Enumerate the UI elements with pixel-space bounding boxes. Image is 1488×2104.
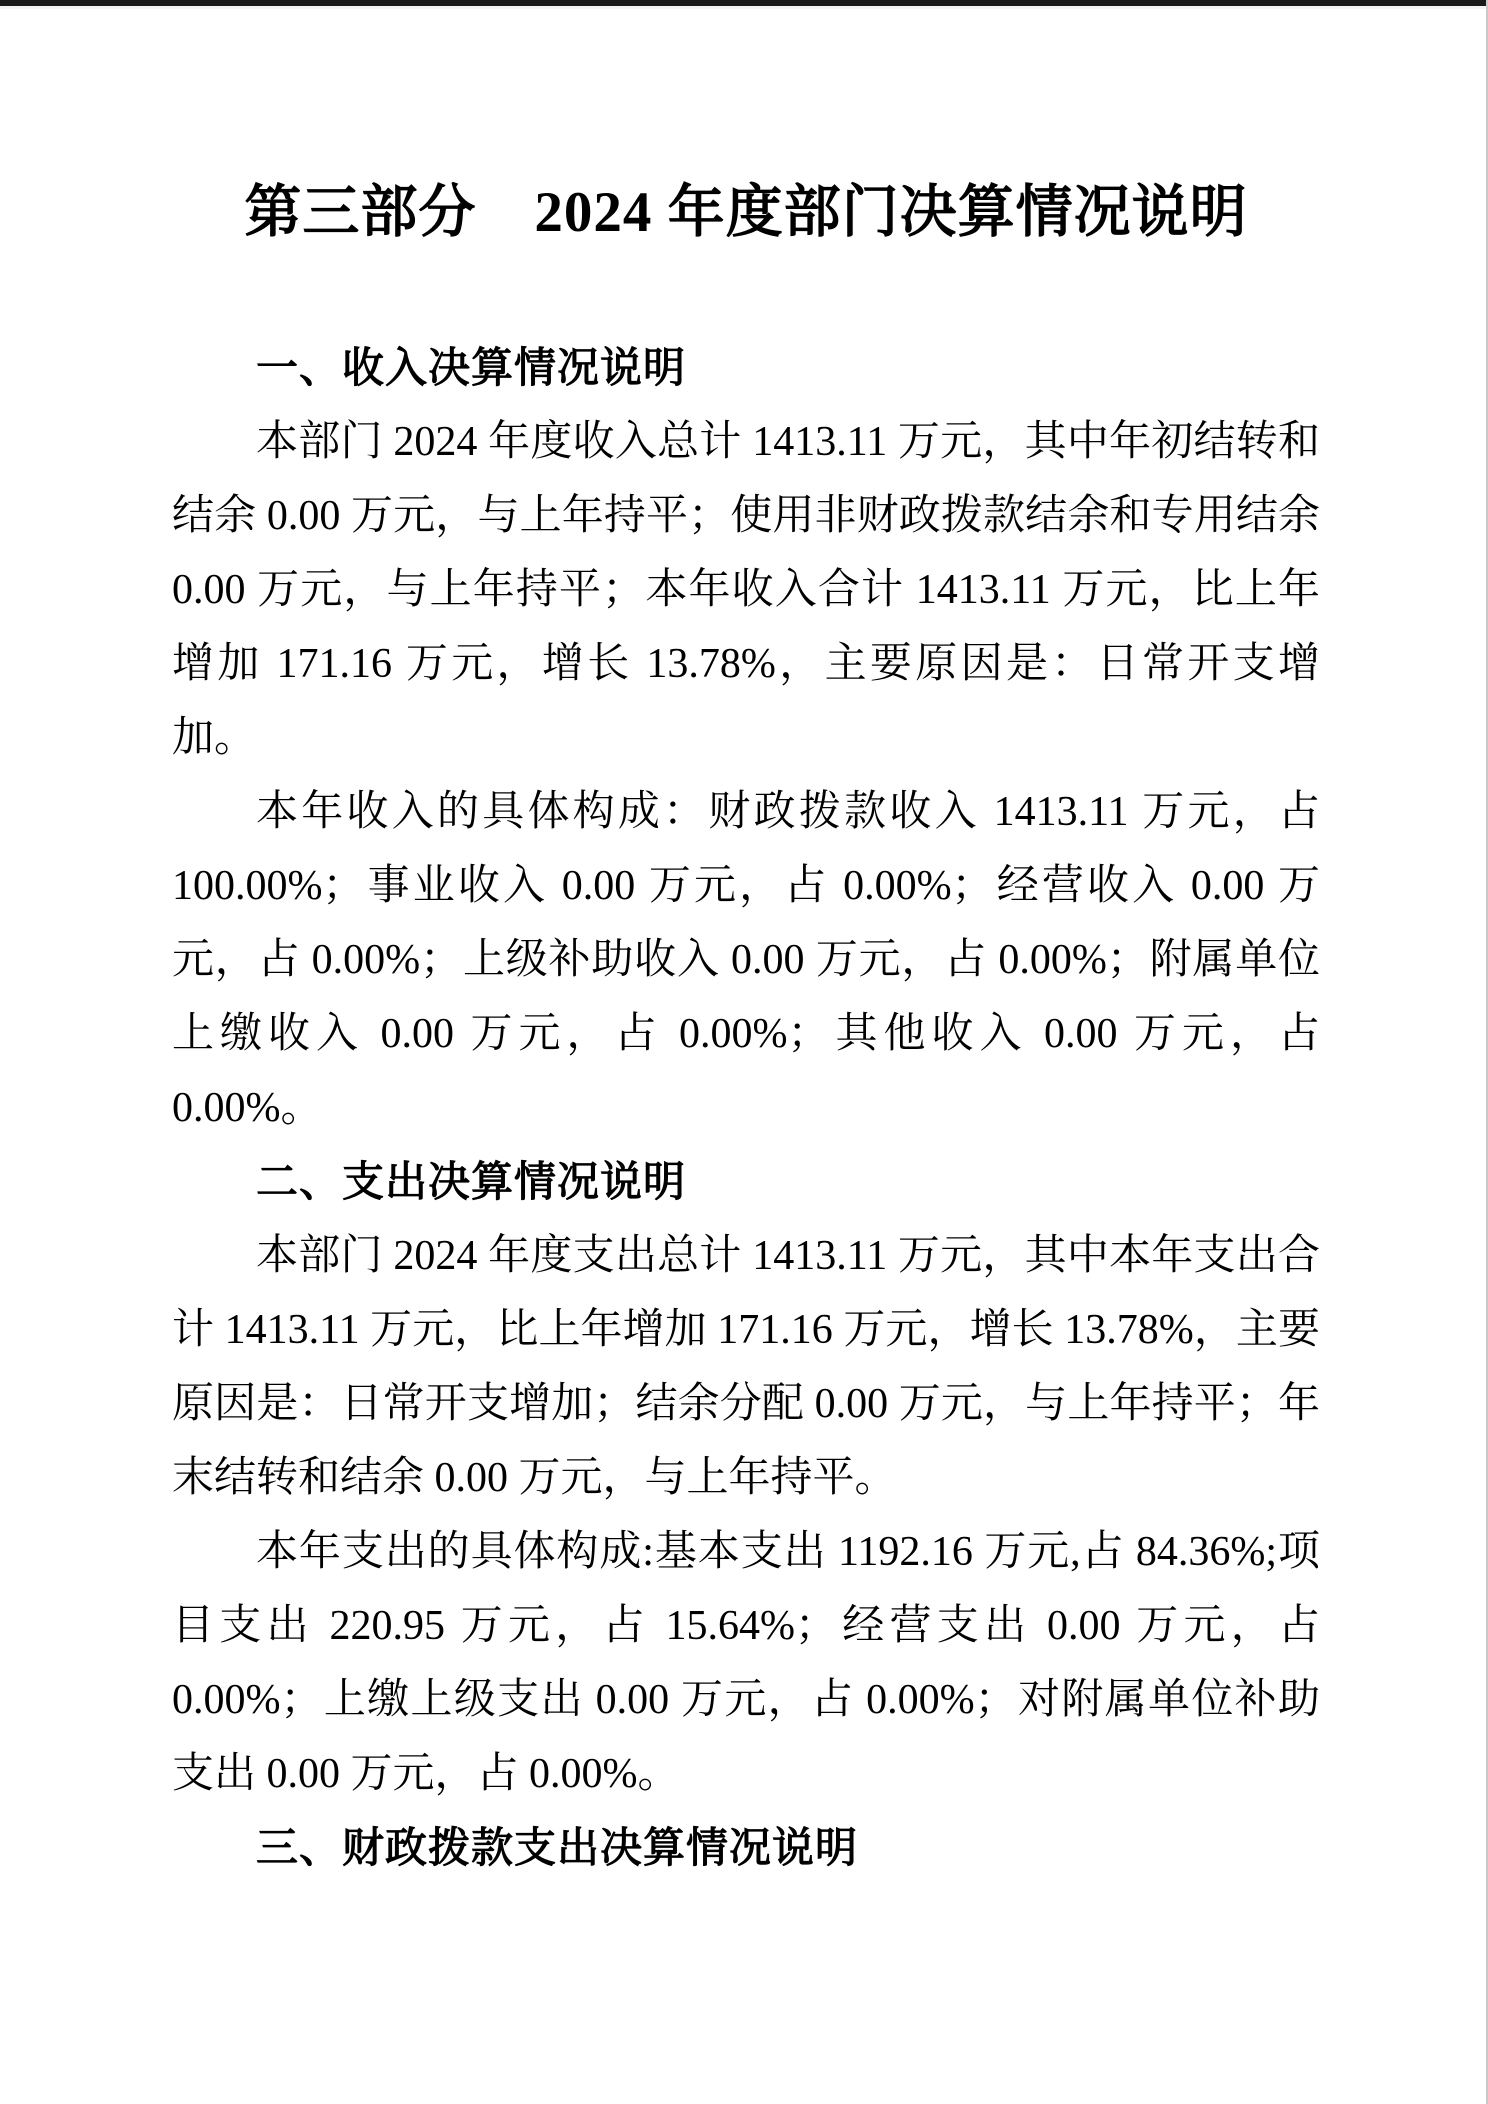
document-page: 第三部分 2024 年度部门决算情况说明 一、收入决算情况说明 本部门 2024… [0, 0, 1488, 2104]
income-composition-paragraph: 本年收入的具体构成：财政拨款收入 1413.11 万元，占 100.00%；事业… [172, 775, 1320, 1145]
income-total-paragraph: 本部门 2024 年度收入总计 1413.11 万元，其中年初结转和结余 0.0… [172, 405, 1320, 775]
section-heading-fiscal-appropriation: 三、财政拨款支出决算情况说明 [172, 1811, 1320, 1885]
document-title: 第三部分 2024 年度部门决算情况说明 [172, 175, 1320, 251]
section-heading-income: 一、收入决算情况说明 [172, 331, 1320, 405]
page-top-border [0, 0, 1486, 9]
document-content: 第三部分 2024 年度部门决算情况说明 一、收入决算情况说明 本部门 2024… [0, 175, 1486, 1885]
expenditure-composition-paragraph: 本年支出的具体构成:基本支出 1192.16 万元,占 84.36%;项目支出 … [172, 1515, 1320, 1811]
section-heading-expenditure: 二、支出决算情况说明 [172, 1145, 1320, 1219]
expenditure-total-paragraph: 本部门 2024 年度支出总计 1413.11 万元，其中本年支出合计 1413… [172, 1219, 1320, 1515]
